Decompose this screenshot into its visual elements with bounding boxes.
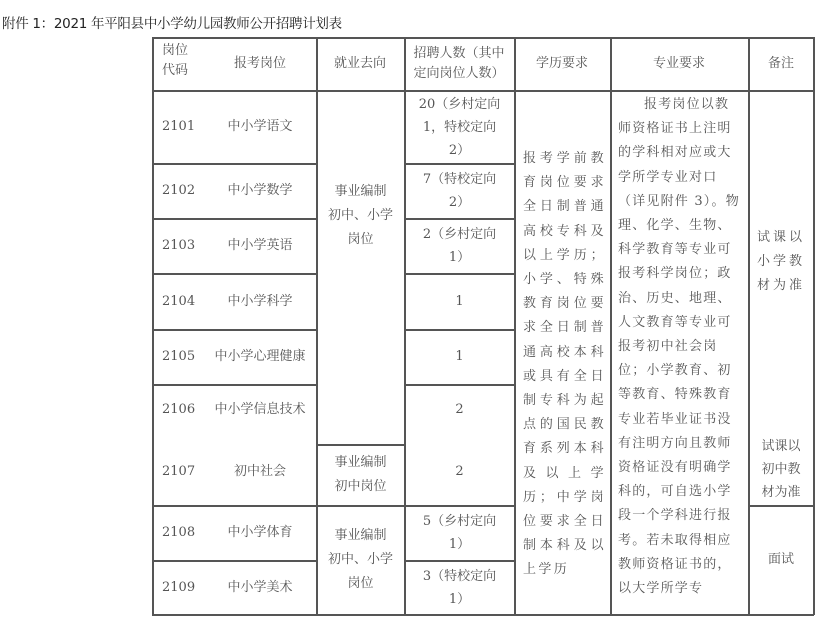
quota-line: 3（特校定向	[423, 565, 496, 588]
header-education: 学历要求	[514, 37, 610, 90]
header-quota-line1: 招聘人数（其中	[413, 44, 504, 64]
row-post: 中小学语文	[206, 91, 314, 163]
destination-cell: 事业编制 初中、小学 岗位	[317, 91, 404, 341]
remarks-line: 材为准	[761, 481, 800, 504]
quota-cell: 1	[405, 330, 514, 384]
quota-line: 1）	[449, 533, 470, 556]
row-post: 中小学美术	[206, 561, 314, 614]
row-post: 中小学英语	[206, 219, 314, 273]
remarks-cell: 试课以 小学教 材为准	[749, 217, 813, 307]
row-post: 初中社会	[206, 447, 314, 497]
quota-cell: 5（乡村定向 1）	[405, 506, 514, 560]
quota-line: 2）	[449, 139, 470, 162]
row-post: 中小学科学	[206, 274, 314, 329]
quota-line: 2）	[449, 191, 470, 214]
destination-line: 初中、小学	[328, 204, 393, 228]
quota-line: 5（乡村定向	[423, 510, 496, 533]
quota-cell: 20（乡村定向 1，特校定向 2）	[405, 91, 514, 163]
header-quota: 招聘人数（其中 定向岗位人数）	[404, 37, 514, 90]
remarks-line: 试课以	[761, 435, 800, 458]
header-remarks: 备注	[748, 37, 814, 90]
destination-line: 事业编制	[334, 451, 386, 475]
remarks-line: 小学教	[757, 250, 805, 274]
quota-line: 2（乡村定向	[423, 223, 496, 246]
header-code-line2: 代码	[162, 61, 188, 81]
quota-cell: 2	[405, 447, 514, 497]
quota-cell: 2（乡村定向 1）	[405, 219, 514, 273]
remarks-cell: 试课以 初中教 材为准	[749, 432, 813, 506]
remarks-line: 材为准	[757, 274, 805, 298]
destination-line: 事业编制	[334, 524, 386, 548]
remarks-cell: 面试	[749, 506, 813, 614]
row-code: 2103	[162, 219, 212, 273]
remarks-line: 初中教	[761, 458, 800, 481]
quota-cell: 3（特校定向 1）	[405, 561, 514, 614]
quota-cell: 7（特校定向 2）	[405, 164, 514, 218]
row-code: 2107	[162, 447, 212, 497]
header-destination: 就业去向	[316, 37, 404, 90]
destination-cell: 事业编制 初中、小学 岗位	[317, 506, 404, 614]
destination-line: 岗位	[347, 572, 373, 596]
quota-line: 20（乡村定向	[419, 93, 501, 116]
quota-line: 1）	[449, 588, 470, 611]
document-title: 附件 1：2021 年平阳县中小学幼儿园教师公开招聘计划表	[2, 12, 342, 32]
destination-cell: 事业编制 初中岗位	[317, 445, 404, 505]
row-post: 中小学数学	[206, 164, 314, 218]
education-cell: 报考学前教育岗位要求全日制普通高校专科及以上学历；小学、特殊教育岗位要求全日制普…	[515, 147, 610, 567]
row-code: 2108	[162, 506, 212, 560]
row-code: 2106	[162, 385, 212, 435]
education-text: 报考学前教育岗位要求全日制普通高校专科及以上学历；小学、特殊教育岗位要求全日制普…	[523, 147, 606, 583]
quota-cell: 2	[405, 385, 514, 435]
row-code: 2105	[162, 330, 212, 384]
row-code: 2109	[162, 561, 212, 614]
header-code: 岗位 代码	[162, 41, 202, 87]
table-border-bottom	[152, 614, 814, 616]
row-code: 2104	[162, 274, 212, 329]
destination-line: 岗位	[347, 228, 373, 252]
destination-line: 事业编制	[334, 180, 386, 204]
major-text: 报考岗位以教师资格证书上注明的学科相对应或大学所学专业对口（详见附件 3）。物理…	[618, 93, 740, 601]
destination-line: 初中、小学	[328, 548, 393, 572]
header-major: 专业要求	[610, 37, 748, 90]
row-post: 中小学信息技术	[206, 385, 314, 435]
remarks-line: 试课以	[757, 226, 805, 250]
row-code: 2101	[162, 91, 212, 163]
quota-line: 1）	[449, 246, 470, 269]
header-post: 报考岗位	[210, 37, 310, 90]
table-border-right	[813, 37, 815, 615]
header-quota-line2: 定向岗位人数）	[413, 64, 504, 84]
row-post: 中小学心理健康	[206, 330, 314, 384]
major-cell: 报考岗位以教师资格证书上注明的学科相对应或大学所学专业对口（详见附件 3）。物理…	[611, 93, 748, 613]
header-code-line1: 岗位	[162, 41, 188, 61]
quota-line: 1，特校定向	[423, 116, 496, 139]
destination-line: 初中岗位	[334, 475, 386, 499]
row-code: 2102	[162, 164, 212, 218]
quota-cell: 1	[405, 274, 514, 329]
table-border-left	[152, 37, 154, 615]
quota-line: 7（特校定向	[423, 168, 496, 191]
row-post: 中小学体育	[206, 506, 314, 560]
